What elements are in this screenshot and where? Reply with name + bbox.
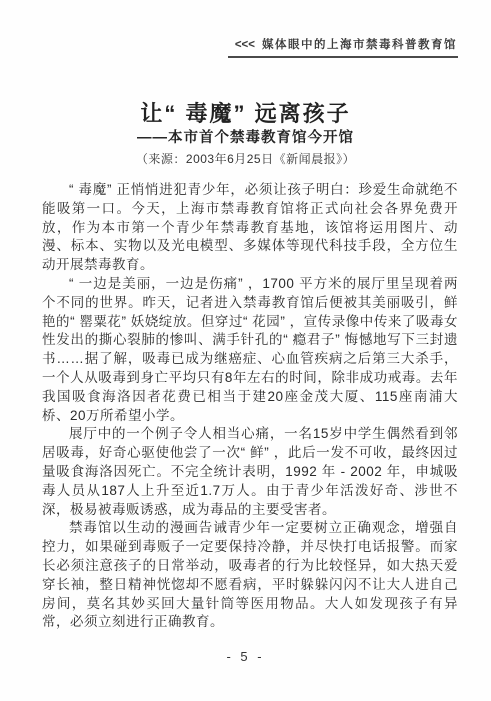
chevrons-left-marker: <<< [235, 39, 255, 51]
paragraph: “ 毒魔” 正悄悄进犯青少年，必须让孩子明白：珍爱生命就绝不能吸第一口。今天，上… [42, 181, 458, 275]
running-header-caption: 媒体眼中的上海市禁毒科普教育馆 [262, 39, 457, 51]
article-title: 让“ 毒魔” 远离孩子 [0, 97, 491, 128]
header-rule [228, 56, 458, 58]
paragraph: 展厅中的一个例子令人相当心痛，一名15岁中学生偶然看到邻居吸毒，好奇心驱使他尝了… [42, 425, 458, 519]
article-subtitle: ——本市首个禁毒教育馆今开馆 [0, 126, 491, 147]
running-header: <<<媒体眼中的上海市禁毒科普教育馆 [235, 36, 457, 52]
article-body: “ 毒魔” 正悄悄进犯青少年，必须让孩子明白：珍爱生命就绝不能吸第一口。今天，上… [42, 181, 458, 632]
paragraph: 禁毒馆以生动的漫画告诫青少年一定要树立正确观念，增强自控力，如果碰到毒贩子一定要… [42, 519, 458, 632]
page-number: - 5 - [0, 649, 491, 664]
paragraph: “ 一边是美丽，一边是伤痛” ，1700 平方米的展厅里呈现着两个不同的世界。昨… [42, 275, 458, 425]
article-source: （来源：2003年6月25日《新闻晨报》） [0, 150, 491, 167]
book-page: <<<媒体眼中的上海市禁毒科普教育馆 让“ 毒魔” 远离孩子 ——本市首个禁毒教… [0, 0, 491, 701]
